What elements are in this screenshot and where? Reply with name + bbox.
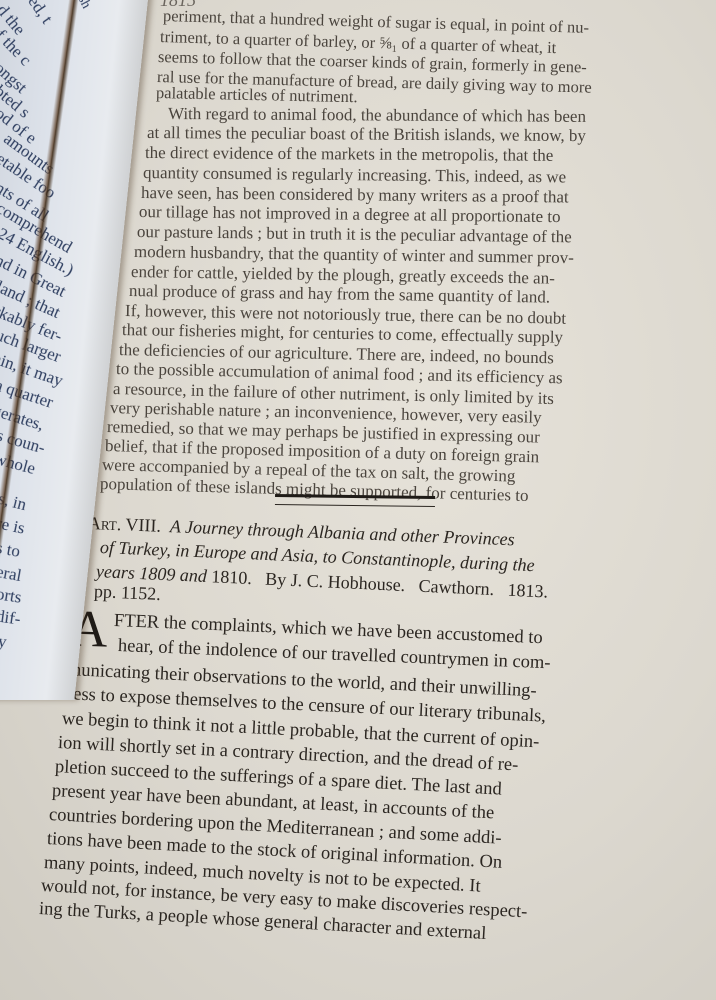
section-divider-rule bbox=[275, 494, 435, 507]
first-word-caps: FTER bbox=[114, 611, 160, 633]
left-page-line: orts bbox=[0, 584, 23, 608]
left-page-line: dif- bbox=[0, 606, 22, 629]
article-number: Art. VIII. bbox=[88, 513, 162, 536]
paragraph-2-line: With regard to animal food, the abundanc… bbox=[168, 105, 586, 125]
article-year-end: 1810. bbox=[211, 566, 252, 588]
article-publisher: Cawthorn. bbox=[418, 576, 494, 599]
paragraph-2-line: quantity consumed is regularly increasin… bbox=[143, 164, 566, 185]
article-and: and bbox=[175, 565, 212, 587]
left-page-line: s to bbox=[0, 538, 22, 562]
article-page-count: pp. 1152. bbox=[94, 582, 162, 603]
left-page-line: y bbox=[0, 632, 8, 653]
paragraph-2-line: at all times the peculiar boast of the B… bbox=[147, 124, 586, 144]
paragraph-2-line: the direct evidence of the markets in th… bbox=[145, 144, 553, 164]
left-page-line: eral bbox=[0, 562, 23, 586]
article-publication-year: 1813. bbox=[507, 580, 548, 602]
paragraph-1-line: palatable articles of nutriment. bbox=[156, 85, 358, 106]
article-author: By J. C. Hobhouse. bbox=[265, 569, 406, 595]
